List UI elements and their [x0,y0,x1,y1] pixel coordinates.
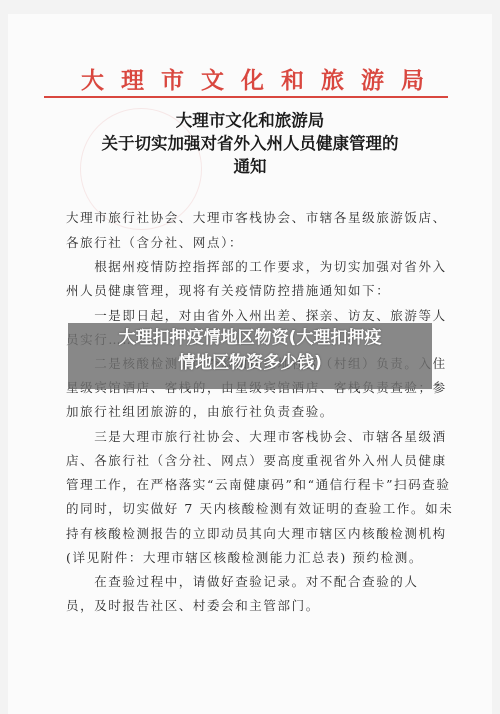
body-line: 根据州疫情防控指挥部的工作要求，为切实加强对省外入 [66,259,436,275]
body-line: 的同时，切实做好 7 天内核酸检测有效证明的查验工作。如未 [66,501,436,517]
notice-title-line-2: 关于切实加强对省外入州人员健康管理的 [0,133,500,155]
body-line: 州人员健康管理，现将有关疫情防控措施通知如下： [66,283,436,299]
body-line: 一是即日起，对由省外入州出差、探亲、访友、旅游等人 [66,308,436,324]
body-line: 员，及时报告社区、村委会和主管部门。 [66,598,436,614]
notice-title-line-1: 大理市文化和旅游局 [0,110,500,132]
letterhead-org-name: 大理市文化和旅游局 [0,62,500,95]
caption-line-1: 大理扣押疫情地区物资(大理扣押疫 [68,326,432,351]
body-line: 在查验过程中，请做好查验记录。对不配合查验的人 [66,574,436,590]
body-line: 各旅行社（含分社、网点）： [66,235,436,251]
body-line: 大理市旅行社协会、大理市客栈协会、市辖各星级旅游饭店、 [66,210,436,226]
body-line: 店、各旅行社（含分社、网点）要高度重视省外入州人员健康 [66,453,436,469]
caption-overlay-text: 大理扣押疫情地区物资(大理扣押疫 情地区物资多少钱) [68,326,432,376]
caption-line-2: 情地区物资多少钱) [68,351,432,376]
body-line: (详见附件：大理市辖区核酸检测能力汇总表) 预约检测。 [66,550,436,566]
letterhead-red-rule [44,96,448,98]
body-line: 管理工作，在严格落实“云南健康码”和“通信行程卡”扫码查验 [66,477,436,493]
body-line: 三是大理市旅行社协会、大理市客栈协会、市辖各星级酒 [66,429,436,445]
notice-title-line-3: 通知 [0,156,500,178]
body-line: 持有核酸检测报告的立即动员其向大理市辖区内核酸检测机构 [66,526,436,542]
body-line: 加旅行社组团旅游的，由旅行社负责查验。 [66,404,436,420]
